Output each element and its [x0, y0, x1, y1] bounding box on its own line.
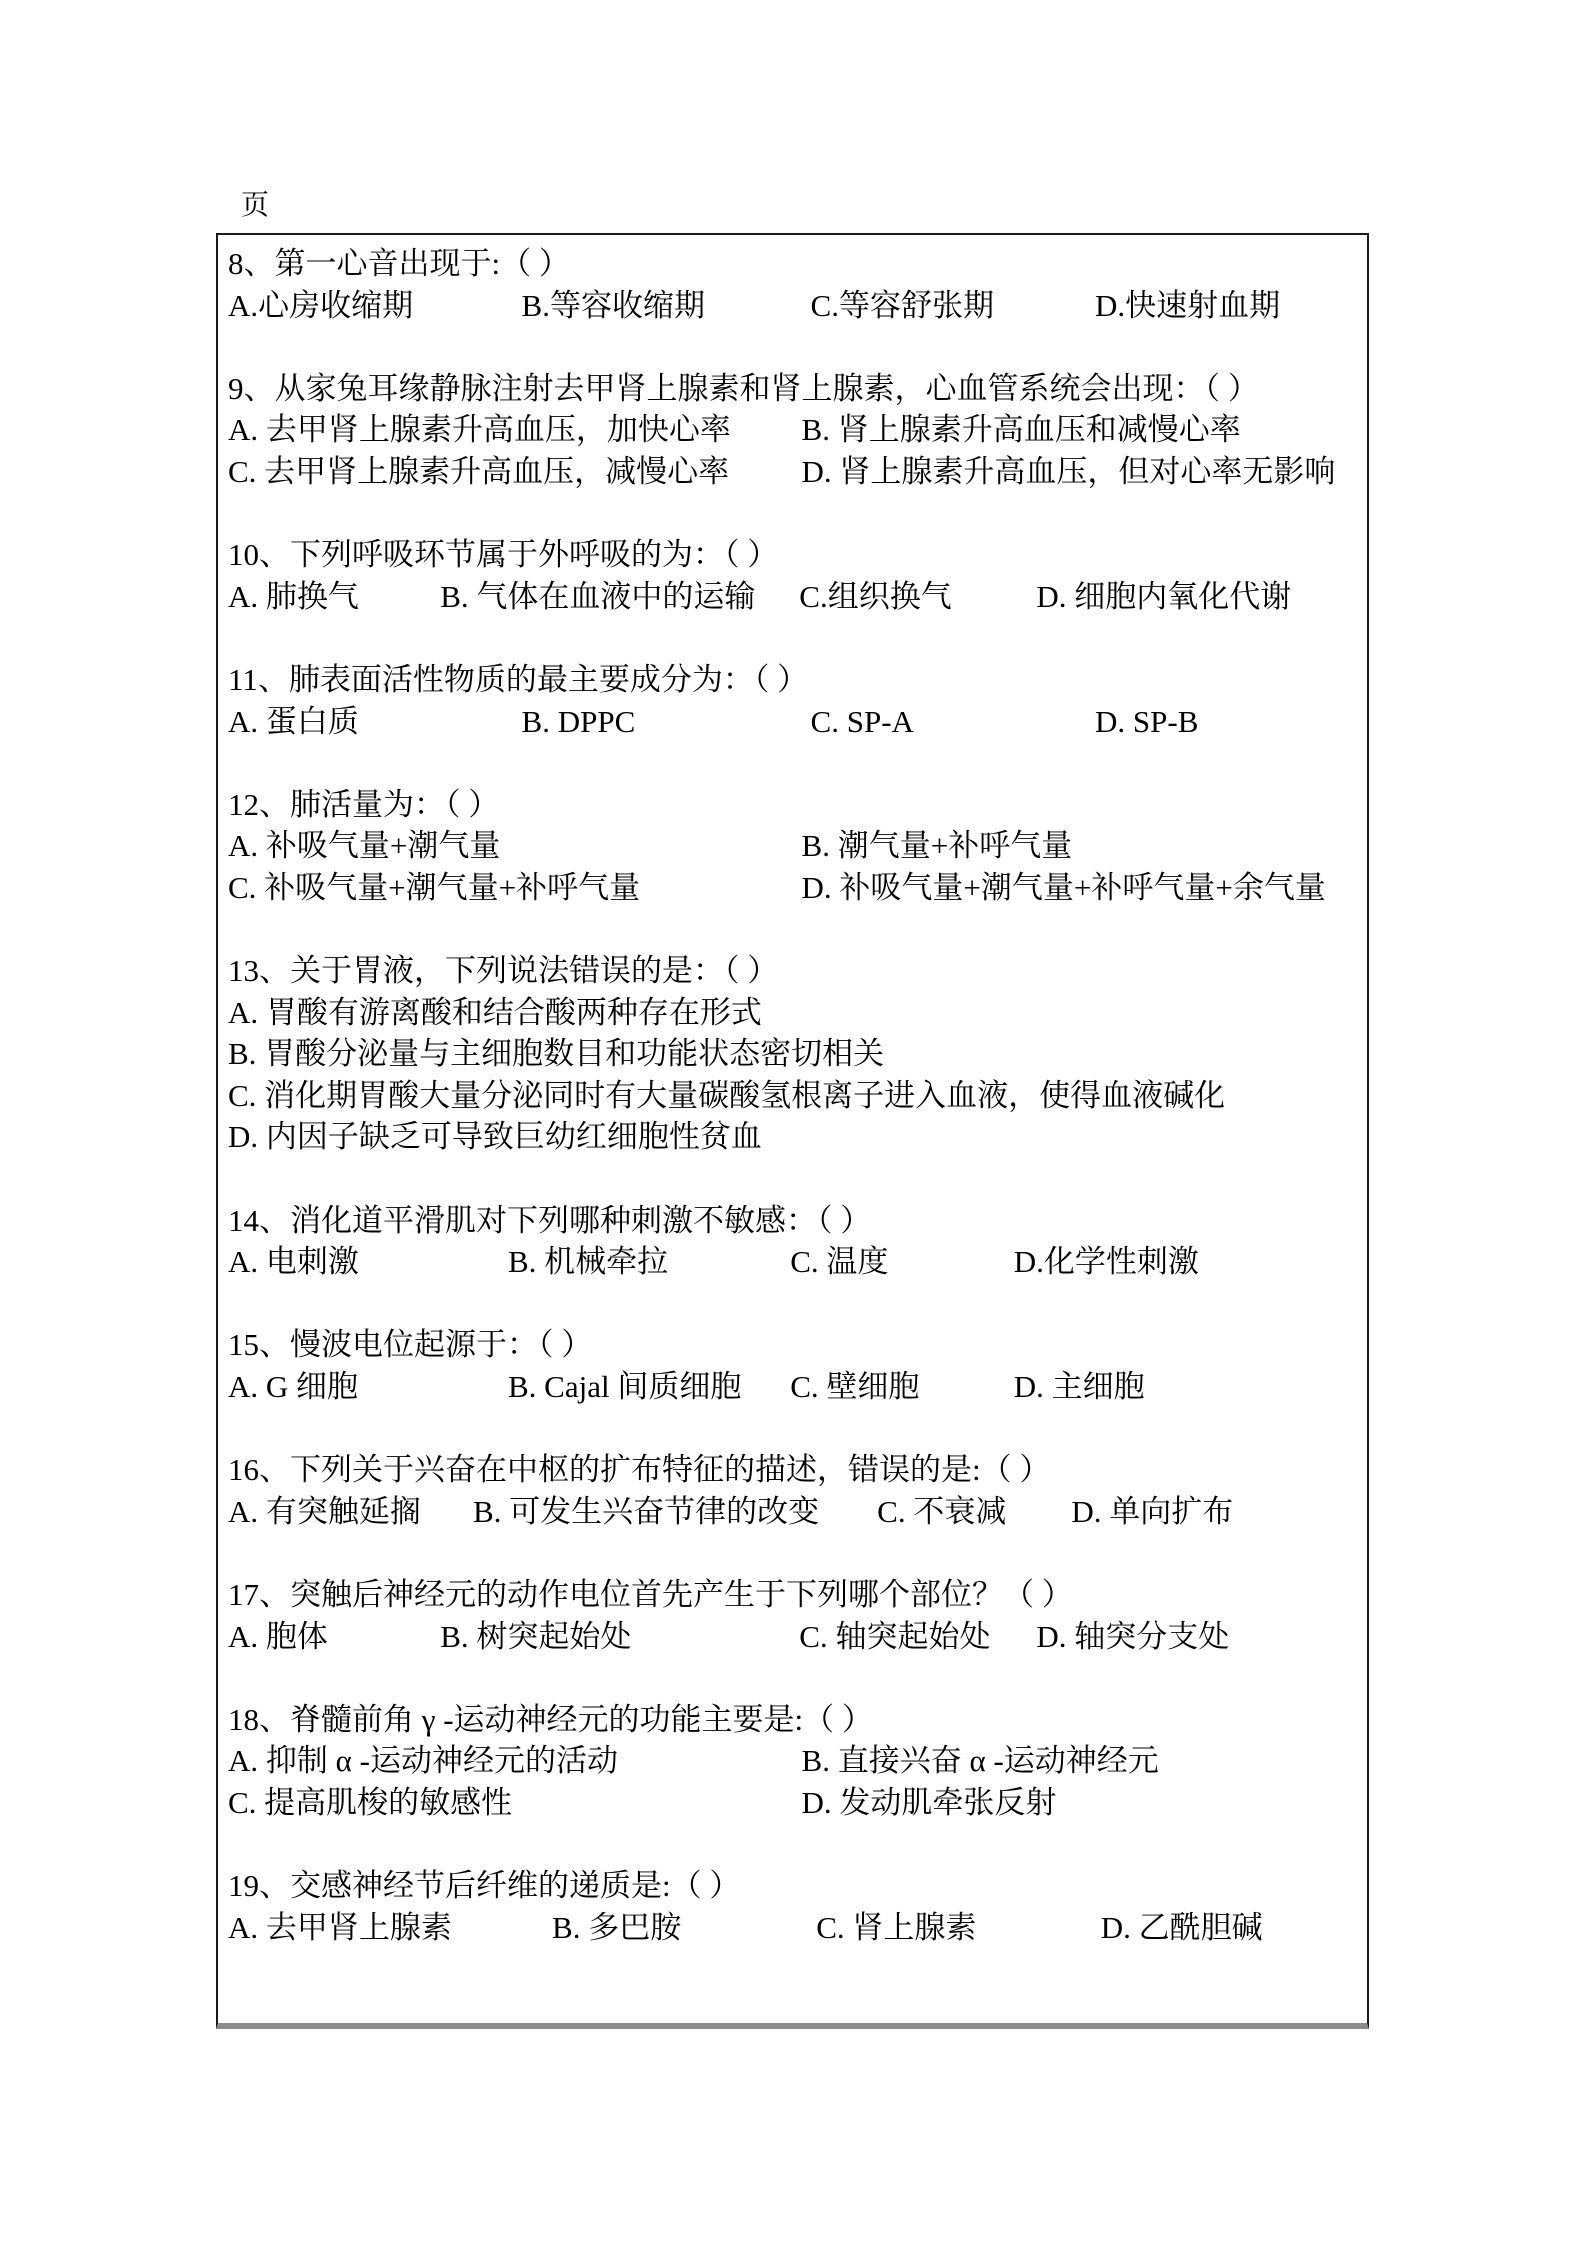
option-b: B. 气体在血液中的运输 — [440, 576, 799, 618]
options-row: A. 肺换气 B. 气体在血液中的运输 C.组织换气 D. 细胞内氧化代谢 — [228, 576, 1357, 618]
option-d: D. 发动肌牵张反射 — [802, 1782, 1357, 1824]
options-row: C. 去甲肾上腺素升高血压，减慢心率 D. 肾上腺素升高血压，但对心率无影响 — [228, 451, 1357, 493]
option-d: D. SP-B — [1095, 701, 1357, 743]
option-a: A. 胞体 — [228, 1616, 440, 1658]
option-b: B.等容收缩期 — [522, 285, 811, 327]
spacer — [228, 742, 1357, 784]
question-intro: 19、交感神经节后纤维的递质是:（ ） — [228, 1865, 1357, 1907]
options-row: A. 蛋白质 B. DPPC C. SP-A D. SP-B — [228, 701, 1357, 743]
question-11: 11、肺表面活性物质的最主要成分为：（ ） A. 蛋白质 B. DPPC C. … — [228, 659, 1357, 784]
option-d: D. 内因子缺乏可导致巨幼红细胞性贫血 — [228, 1116, 1357, 1158]
option-d: D. 单向扩布 — [1071, 1491, 1357, 1533]
spacer — [228, 909, 1357, 951]
options-row: A. G 细胞 B. Cajal 间质细胞 C. 壁细胞 D. 主细胞 — [228, 1366, 1357, 1408]
option-d: D. 主细胞 — [1014, 1366, 1357, 1408]
options-row: A. 抑制 α -运动神经元的活动 B. 直接兴奋 α -运动神经元 — [228, 1740, 1357, 1782]
spacer — [228, 1158, 1357, 1200]
option-c: C. 温度 — [790, 1241, 1014, 1283]
question-intro: 16、下列关于兴奋在中枢的扩布特征的描述，错误的是:（ ） — [228, 1449, 1357, 1491]
option-b: B. DPPC — [522, 701, 811, 743]
option-c: C. 壁细胞 — [790, 1366, 1014, 1408]
question-12: 12、肺活量为：（ ） A. 补吸气量+潮气量 B. 潮气量+补呼气量 C. 补… — [228, 784, 1357, 950]
option-a: A. 胃酸有游离酸和结合酸两种存在形式 — [228, 992, 1357, 1034]
question-8: 8、第一心音出现于:（ ） A.心房收缩期 B.等容收缩期 C.等容舒张期 D.… — [228, 243, 1357, 368]
option-d: D. 补吸气量+潮气量+补呼气量+余气量 — [802, 867, 1357, 909]
question-18: 18、脊髓前角 γ -运动神经元的功能主要是:（ ） A. 抑制 α -运动神经… — [228, 1699, 1357, 1865]
option-c: C. 去甲肾上腺素升高血压，减慢心率 — [228, 451, 802, 493]
option-a: A. G 细胞 — [228, 1366, 508, 1408]
option-d: D. 轴突分支处 — [1036, 1616, 1357, 1658]
option-a: A. 补吸气量+潮气量 — [228, 825, 802, 867]
option-d: D.快速射血期 — [1095, 285, 1357, 327]
options-row: A. 补吸气量+潮气量 B. 潮气量+补呼气量 — [228, 825, 1357, 867]
question-14: 14、消化道平滑肌对下列哪种刺激不敏感：（ ） A. 电刺激 B. 机械牵拉 C… — [228, 1200, 1357, 1325]
spacer — [228, 493, 1357, 535]
question-intro: 8、第一心音出现于:（ ） — [228, 243, 1357, 285]
options-row: C. 补吸气量+潮气量+补呼气量 D. 补吸气量+潮气量+补呼气量+余气量 — [228, 867, 1357, 909]
question-intro: 14、消化道平滑肌对下列哪种刺激不敏感：（ ） — [228, 1200, 1357, 1242]
question-10: 10、下列呼吸环节属于外呼吸的为：（ ） A. 肺换气 B. 气体在血液中的运输… — [228, 534, 1357, 659]
options-row: A. 去甲肾上腺素 B. 多巴胺 C. 肾上腺素 D. 乙酰胆碱 — [228, 1907, 1357, 1949]
options-row: A. 有突触延搁 B. 可发生兴奋节律的改变 C. 不衰减 D. 单向扩布 — [228, 1491, 1357, 1533]
option-c: C. 不衰减 — [877, 1491, 1071, 1533]
option-c: C. SP-A — [811, 701, 1096, 743]
question-intro: 11、肺表面活性物质的最主要成分为：（ ） — [228, 659, 1357, 701]
spacer — [228, 1657, 1357, 1699]
option-b: B. 多巴胺 — [552, 1907, 816, 1949]
question-intro: 9、从家兔耳缘静脉注射去甲肾上腺素和肾上腺素，心血管系统会出现：（ ） — [228, 368, 1357, 410]
option-c: C. 肾上腺素 — [816, 1907, 1101, 1949]
option-a: A. 去甲肾上腺素 — [228, 1907, 552, 1949]
spacer — [228, 1408, 1357, 1450]
question-15: 15、慢波电位起源于：（ ） A. G 细胞 B. Cajal 间质细胞 C. … — [228, 1324, 1357, 1449]
option-a: A. 蛋白质 — [228, 701, 522, 743]
question-intro: 15、慢波电位起源于：（ ） — [228, 1324, 1357, 1366]
spacer — [228, 326, 1357, 368]
option-b: B. 肾上腺素升高血压和减慢心率 — [802, 409, 1357, 451]
option-a: A. 有突触延搁 — [228, 1491, 473, 1533]
option-a: A. 去甲肾上腺素升高血压，加快心率 — [228, 409, 802, 451]
option-d: D. 乙酰胆碱 — [1101, 1907, 1357, 1949]
question-19: 19、交感神经节后纤维的递质是:（ ） A. 去甲肾上腺素 B. 多巴胺 C. … — [228, 1865, 1357, 1948]
spacer — [228, 1283, 1357, 1325]
option-b: B. 机械牵拉 — [508, 1241, 790, 1283]
question-9: 9、从家兔耳缘静脉注射去甲肾上腺素和肾上腺素，心血管系统会出现：（ ） A. 去… — [228, 368, 1357, 534]
options-row: A. 去甲肾上腺素升高血压，加快心率 B. 肾上腺素升高血压和减慢心率 — [228, 409, 1357, 451]
options-row: A. 胞体 B. 树突起始处 C. 轴突起始处 D. 轴突分支处 — [228, 1616, 1357, 1658]
question-intro: 12、肺活量为：（ ） — [228, 784, 1357, 826]
option-c: C. 补吸气量+潮气量+补呼气量 — [228, 867, 802, 909]
spacer — [228, 1824, 1357, 1866]
question-intro: 13、关于胃液，下列说法错误的是：（ ） — [228, 950, 1357, 992]
option-b: B. Cajal 间质细胞 — [508, 1366, 790, 1408]
question-16: 16、下列关于兴奋在中枢的扩布特征的描述，错误的是:（ ） A. 有突触延搁 B… — [228, 1449, 1357, 1574]
spacer — [228, 617, 1357, 659]
option-b: B. 直接兴奋 α -运动神经元 — [802, 1740, 1357, 1782]
options-row: A.心房收缩期 B.等容收缩期 C.等容舒张期 D.快速射血期 — [228, 285, 1357, 327]
question-intro: 10、下列呼吸环节属于外呼吸的为：（ ） — [228, 534, 1357, 576]
question-intro: 18、脊髓前角 γ -运动神经元的功能主要是:（ ） — [228, 1699, 1357, 1741]
option-c: C. 消化期胃酸大量分泌同时有大量碳酸氢根离子进入血液，使得血液碱化 — [228, 1075, 1357, 1117]
option-d: D. 细胞内氧化代谢 — [1036, 576, 1357, 618]
question-intro: 17、突触后神经元的动作电位首先产生于下列哪个部位？（ ） — [228, 1574, 1357, 1616]
options-row: A. 电刺激 B. 机械牵拉 C. 温度 D.化学性刺激 — [228, 1241, 1357, 1283]
option-b: B. 树突起始处 — [440, 1616, 799, 1658]
option-a: A. 肺换气 — [228, 576, 440, 618]
document-page: 页 8、第一心音出现于:（ ） A.心房收缩期 B.等容收缩期 C.等容舒张期 … — [0, 0, 1587, 2245]
question-paper-frame: 8、第一心音出现于:（ ） A.心房收缩期 B.等容收缩期 C.等容舒张期 D.… — [216, 233, 1369, 2029]
option-c: C.组织换气 — [799, 576, 1036, 618]
spacer — [228, 1532, 1357, 1574]
option-b: B. 潮气量+补呼气量 — [802, 825, 1357, 867]
question-13: 13、关于胃液，下列说法错误的是：（ ） A. 胃酸有游离酸和结合酸两种存在形式… — [228, 950, 1357, 1200]
question-17: 17、突触后神经元的动作电位首先产生于下列哪个部位？（ ） A. 胞体 B. 树… — [228, 1574, 1357, 1699]
option-d: D.化学性刺激 — [1014, 1241, 1357, 1283]
option-a: A. 抑制 α -运动神经元的活动 — [228, 1740, 802, 1782]
option-c: C. 提高肌梭的敏感性 — [228, 1782, 802, 1824]
option-d: D. 肾上腺素升高血压，但对心率无影响 — [802, 451, 1357, 493]
option-c: C.等容舒张期 — [811, 285, 1096, 327]
option-a: A. 电刺激 — [228, 1241, 508, 1283]
page-corner-label: 页 — [241, 188, 269, 224]
option-a: A.心房收缩期 — [228, 285, 522, 327]
options-row: C. 提高肌梭的敏感性 D. 发动肌牵张反射 — [228, 1782, 1357, 1824]
option-c: C. 轴突起始处 — [799, 1616, 1036, 1658]
option-b: B. 可发生兴奋节律的改变 — [473, 1491, 877, 1533]
option-b: B. 胃酸分泌量与主细胞数目和功能状态密切相关 — [228, 1033, 1357, 1075]
